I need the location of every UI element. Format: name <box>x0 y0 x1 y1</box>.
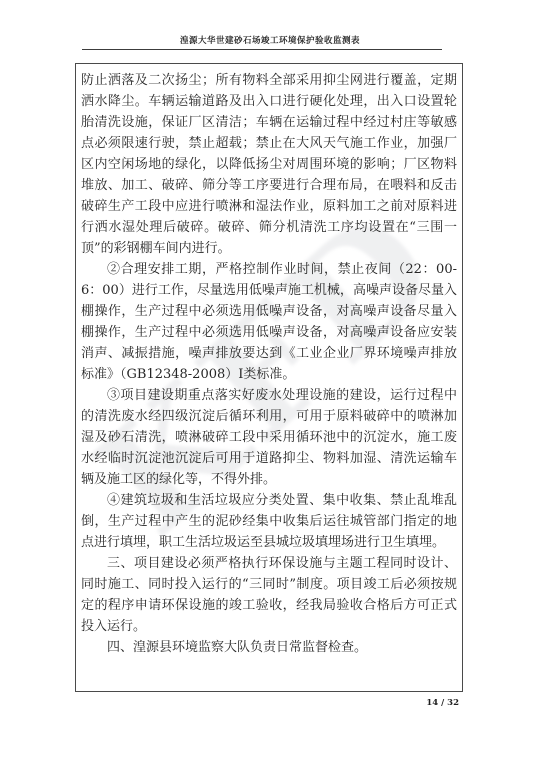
paragraph-three-simultaneity: 三、项目建设必须严格执行环保设施与主题工程同时设计、同时施工、同时投入运行的“三… <box>81 553 457 637</box>
paragraph-solid-waste-control: ④建筑垃圾和生活垃圾应分类处置、集中收集、禁止乱堆乱倒，生产过程中产生的泥砂经集… <box>81 490 457 553</box>
document-page: 湟源大华世建砂石场竣工环境保护验收监测表 KFD 防止洒落及二次扬尘；所有物料全… <box>0 0 540 764</box>
header-title: 湟源大华世建砂石场竣工环境保护验收监测表 <box>75 34 465 46</box>
content-box: 防止洒落及二次扬尘；所有物料全部采用抑尘网进行覆盖，定期洒水降尘。车辆运输道路及… <box>75 63 463 692</box>
paragraph-wastewater-control: ③项目建设期重点落实好废水处理设施的建设，运行过程中的清洗废水经四级沉淀后循环利… <box>81 385 457 490</box>
page-number: 14 / 32 <box>75 698 459 708</box>
paragraph-daily-supervision: 四、湟源县环境监察大队负责日常监督检查。 <box>81 637 457 658</box>
paragraph-dust-control: 防止洒落及二次扬尘；所有物料全部采用抑尘网进行覆盖，定期洒水降尘。车辆运输道路及… <box>81 70 457 259</box>
paragraph-noise-control: ②合理安排工期，严格控制作业时间，禁止夜间（22：00-6：00）进行工作，尽量… <box>81 259 457 385</box>
header-rule <box>82 49 442 50</box>
